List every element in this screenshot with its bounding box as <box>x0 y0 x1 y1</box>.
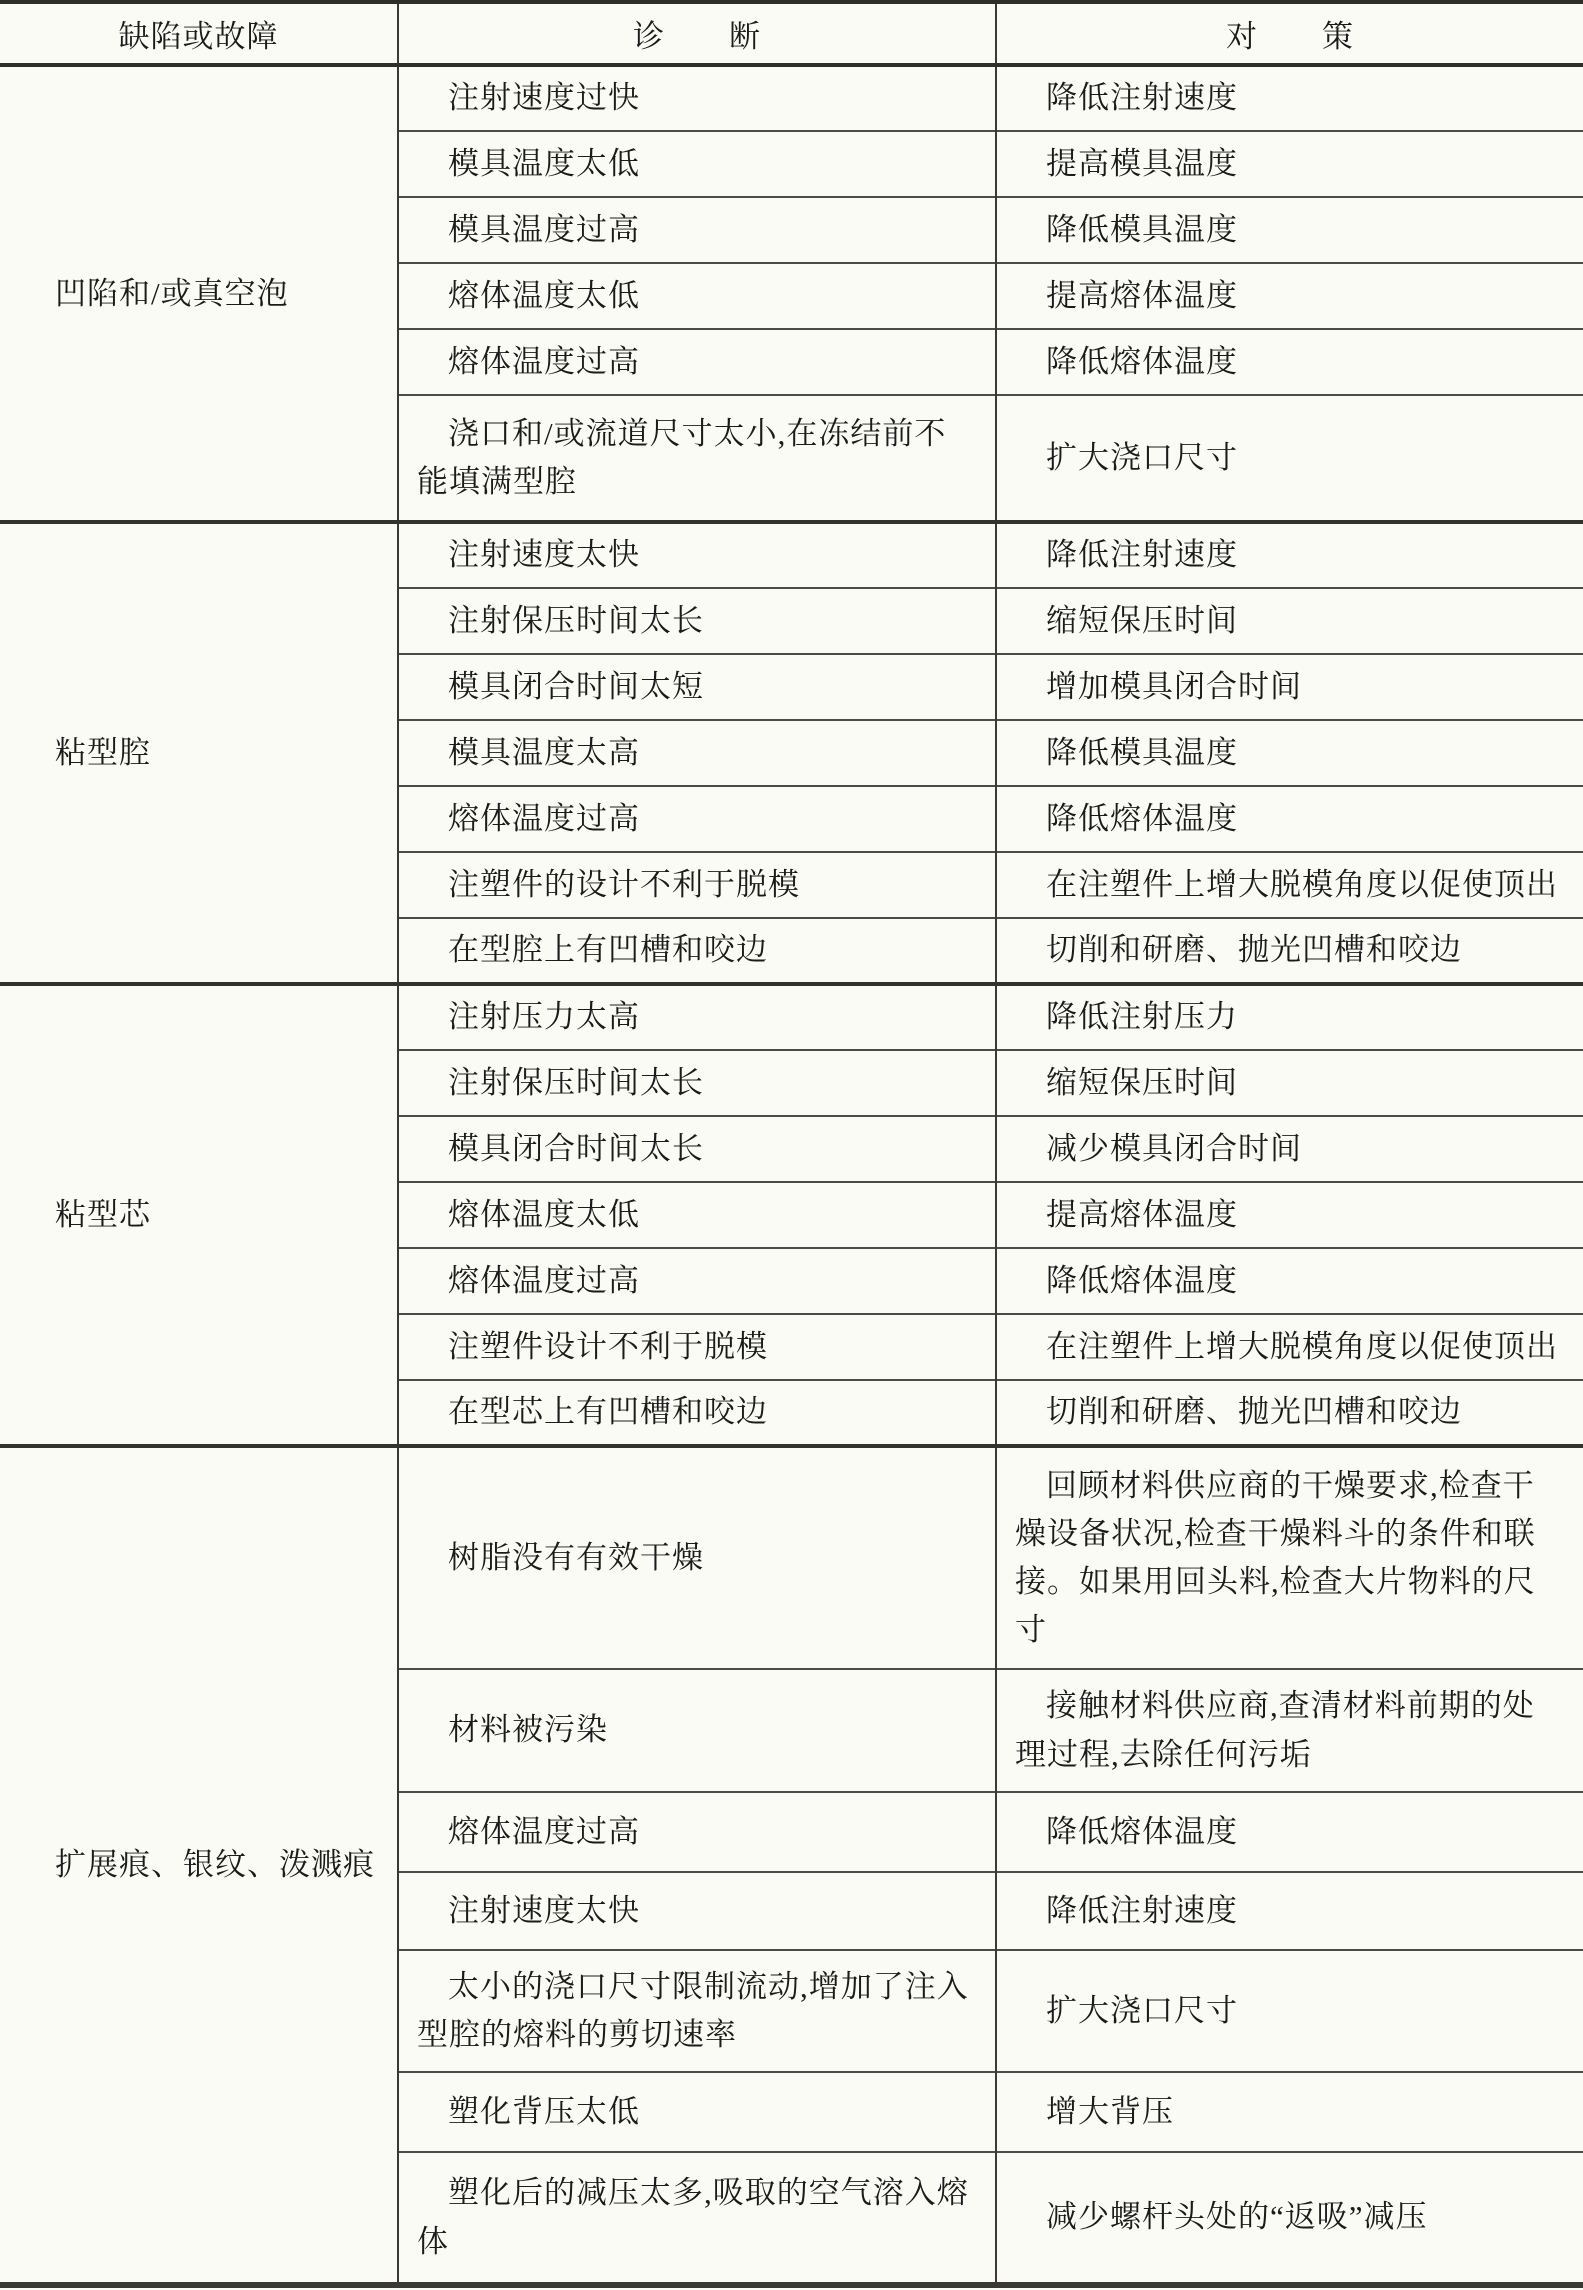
diagnosis-cell: 熔体温度过高 <box>398 786 996 852</box>
diagnosis-cell: 塑化后的减压太多,吸取的空气溶入熔体 <box>398 2152 996 2285</box>
action-cell: 提高模具温度 <box>996 131 1583 197</box>
action-cell: 在注塑件上增大脱模角度以促使顶出 <box>996 1314 1583 1380</box>
diagnosis-cell: 在型芯上有凹槽和咬边 <box>398 1380 996 1446</box>
action-cell: 回顾材料供应商的干燥要求,检查干燥设备状况,检查干燥料斗的条件和联接。如果用回头… <box>996 1446 1583 1669</box>
diagnosis-cell: 熔体温度太低 <box>398 1182 996 1248</box>
diagnosis-cell: 模具温度太高 <box>398 720 996 786</box>
diagnosis-cell: 注射保压时间太长 <box>398 588 996 654</box>
action-cell: 切削和研磨、抛光凹槽和咬边 <box>996 918 1583 984</box>
table-row: 粘型芯 注射压力太高 降低注射压力 <box>0 984 1583 1050</box>
table-row: 凹陷和/或真空泡 注射速度过快 降低注射速度 <box>0 65 1583 131</box>
header-defect: 缺陷或故障 <box>0 2 398 65</box>
header-diagnosis: 诊 断 <box>398 2 996 65</box>
action-cell: 降低熔体温度 <box>996 1248 1583 1314</box>
defect-cell: 粘型腔 <box>0 522 398 984</box>
defect-diagnosis-table: 缺陷或故障 诊 断 对 策 凹陷和/或真空泡 注射速度过快 降低注射速度 模具温… <box>0 0 1583 2288</box>
diagnosis-cell: 熔体温度过高 <box>398 1792 996 1872</box>
action-cell: 扩大浇口尺寸 <box>996 395 1583 522</box>
action-cell: 降低注射速度 <box>996 522 1583 588</box>
diagnosis-cell: 塑化背压太低 <box>398 2072 996 2152</box>
action-cell: 缩短保压时间 <box>996 1050 1583 1116</box>
table-row: 粘型腔 注射速度太快 降低注射速度 <box>0 522 1583 588</box>
diagnosis-cell: 注射速度太快 <box>398 522 996 588</box>
action-cell: 缩短保压时间 <box>996 588 1583 654</box>
action-cell: 降低注射速度 <box>996 65 1583 131</box>
action-cell: 降低模具温度 <box>996 720 1583 786</box>
defect-cell: 凹陷和/或真空泡 <box>0 65 398 522</box>
action-cell: 降低熔体温度 <box>996 786 1583 852</box>
defect-cell: 粘型芯 <box>0 984 398 1446</box>
header-action: 对 策 <box>996 2 1583 65</box>
diagnosis-cell: 熔体温度过高 <box>398 1248 996 1314</box>
action-cell: 减少螺杆头处的“返吸”减压 <box>996 2152 1583 2285</box>
action-cell: 降低熔体温度 <box>996 329 1583 395</box>
diagnosis-cell: 模具闭合时间太短 <box>398 654 996 720</box>
diagnosis-cell: 熔体温度太低 <box>398 263 996 329</box>
table-header-row: 缺陷或故障 诊 断 对 策 <box>0 2 1583 65</box>
action-cell: 降低注射速度 <box>996 1872 1583 1950</box>
diagnosis-cell: 熔体温度过高 <box>398 329 996 395</box>
action-cell: 切削和研磨、抛光凹槽和咬边 <box>996 1380 1583 1446</box>
diagnosis-cell: 注射压力太高 <box>398 984 996 1050</box>
diagnosis-cell: 注塑件的设计不利于脱模 <box>398 852 996 918</box>
diagnosis-cell: 注塑件设计不利于脱模 <box>398 1314 996 1380</box>
diagnosis-cell: 材料被污染 <box>398 1669 996 1792</box>
action-cell: 提高熔体温度 <box>996 263 1583 329</box>
diagnosis-cell: 树脂没有有效干燥 <box>398 1446 996 1669</box>
diagnosis-cell: 模具温度过高 <box>398 197 996 263</box>
diagnosis-cell: 太小的浇口尺寸限制流动,增加了注入型腔的熔料的剪切速率 <box>398 1950 996 2072</box>
diagnosis-cell: 注射速度太快 <box>398 1872 996 1950</box>
diagnosis-cell: 模具闭合时间太长 <box>398 1116 996 1182</box>
action-cell: 在注塑件上增大脱模角度以促使顶出 <box>996 852 1583 918</box>
action-cell: 扩大浇口尺寸 <box>996 1950 1583 2072</box>
diagnosis-cell: 在型腔上有凹槽和咬边 <box>398 918 996 984</box>
diagnosis-cell: 注射保压时间太长 <box>398 1050 996 1116</box>
action-cell: 减少模具闭合时间 <box>996 1116 1583 1182</box>
action-cell: 增加模具闭合时间 <box>996 654 1583 720</box>
action-cell: 增大背压 <box>996 2072 1583 2152</box>
action-cell: 降低注射压力 <box>996 984 1583 1050</box>
defect-cell: 扩展痕、银纹、泼溅痕 <box>0 1446 398 2285</box>
diagnosis-cell: 注射速度过快 <box>398 65 996 131</box>
action-cell: 接触材料供应商,查清材料前期的处理过程,去除任何污垢 <box>996 1669 1583 1792</box>
diagnosis-cell: 模具温度太低 <box>398 131 996 197</box>
action-cell: 降低模具温度 <box>996 197 1583 263</box>
diagnosis-cell: 浇口和/或流道尺寸太小,在冻结前不能填满型腔 <box>398 395 996 522</box>
table-row: 扩展痕、银纹、泼溅痕 树脂没有有效干燥 回顾材料供应商的干燥要求,检查干燥设备状… <box>0 1446 1583 1669</box>
action-cell: 降低熔体温度 <box>996 1792 1583 1872</box>
action-cell: 提高熔体温度 <box>996 1182 1583 1248</box>
